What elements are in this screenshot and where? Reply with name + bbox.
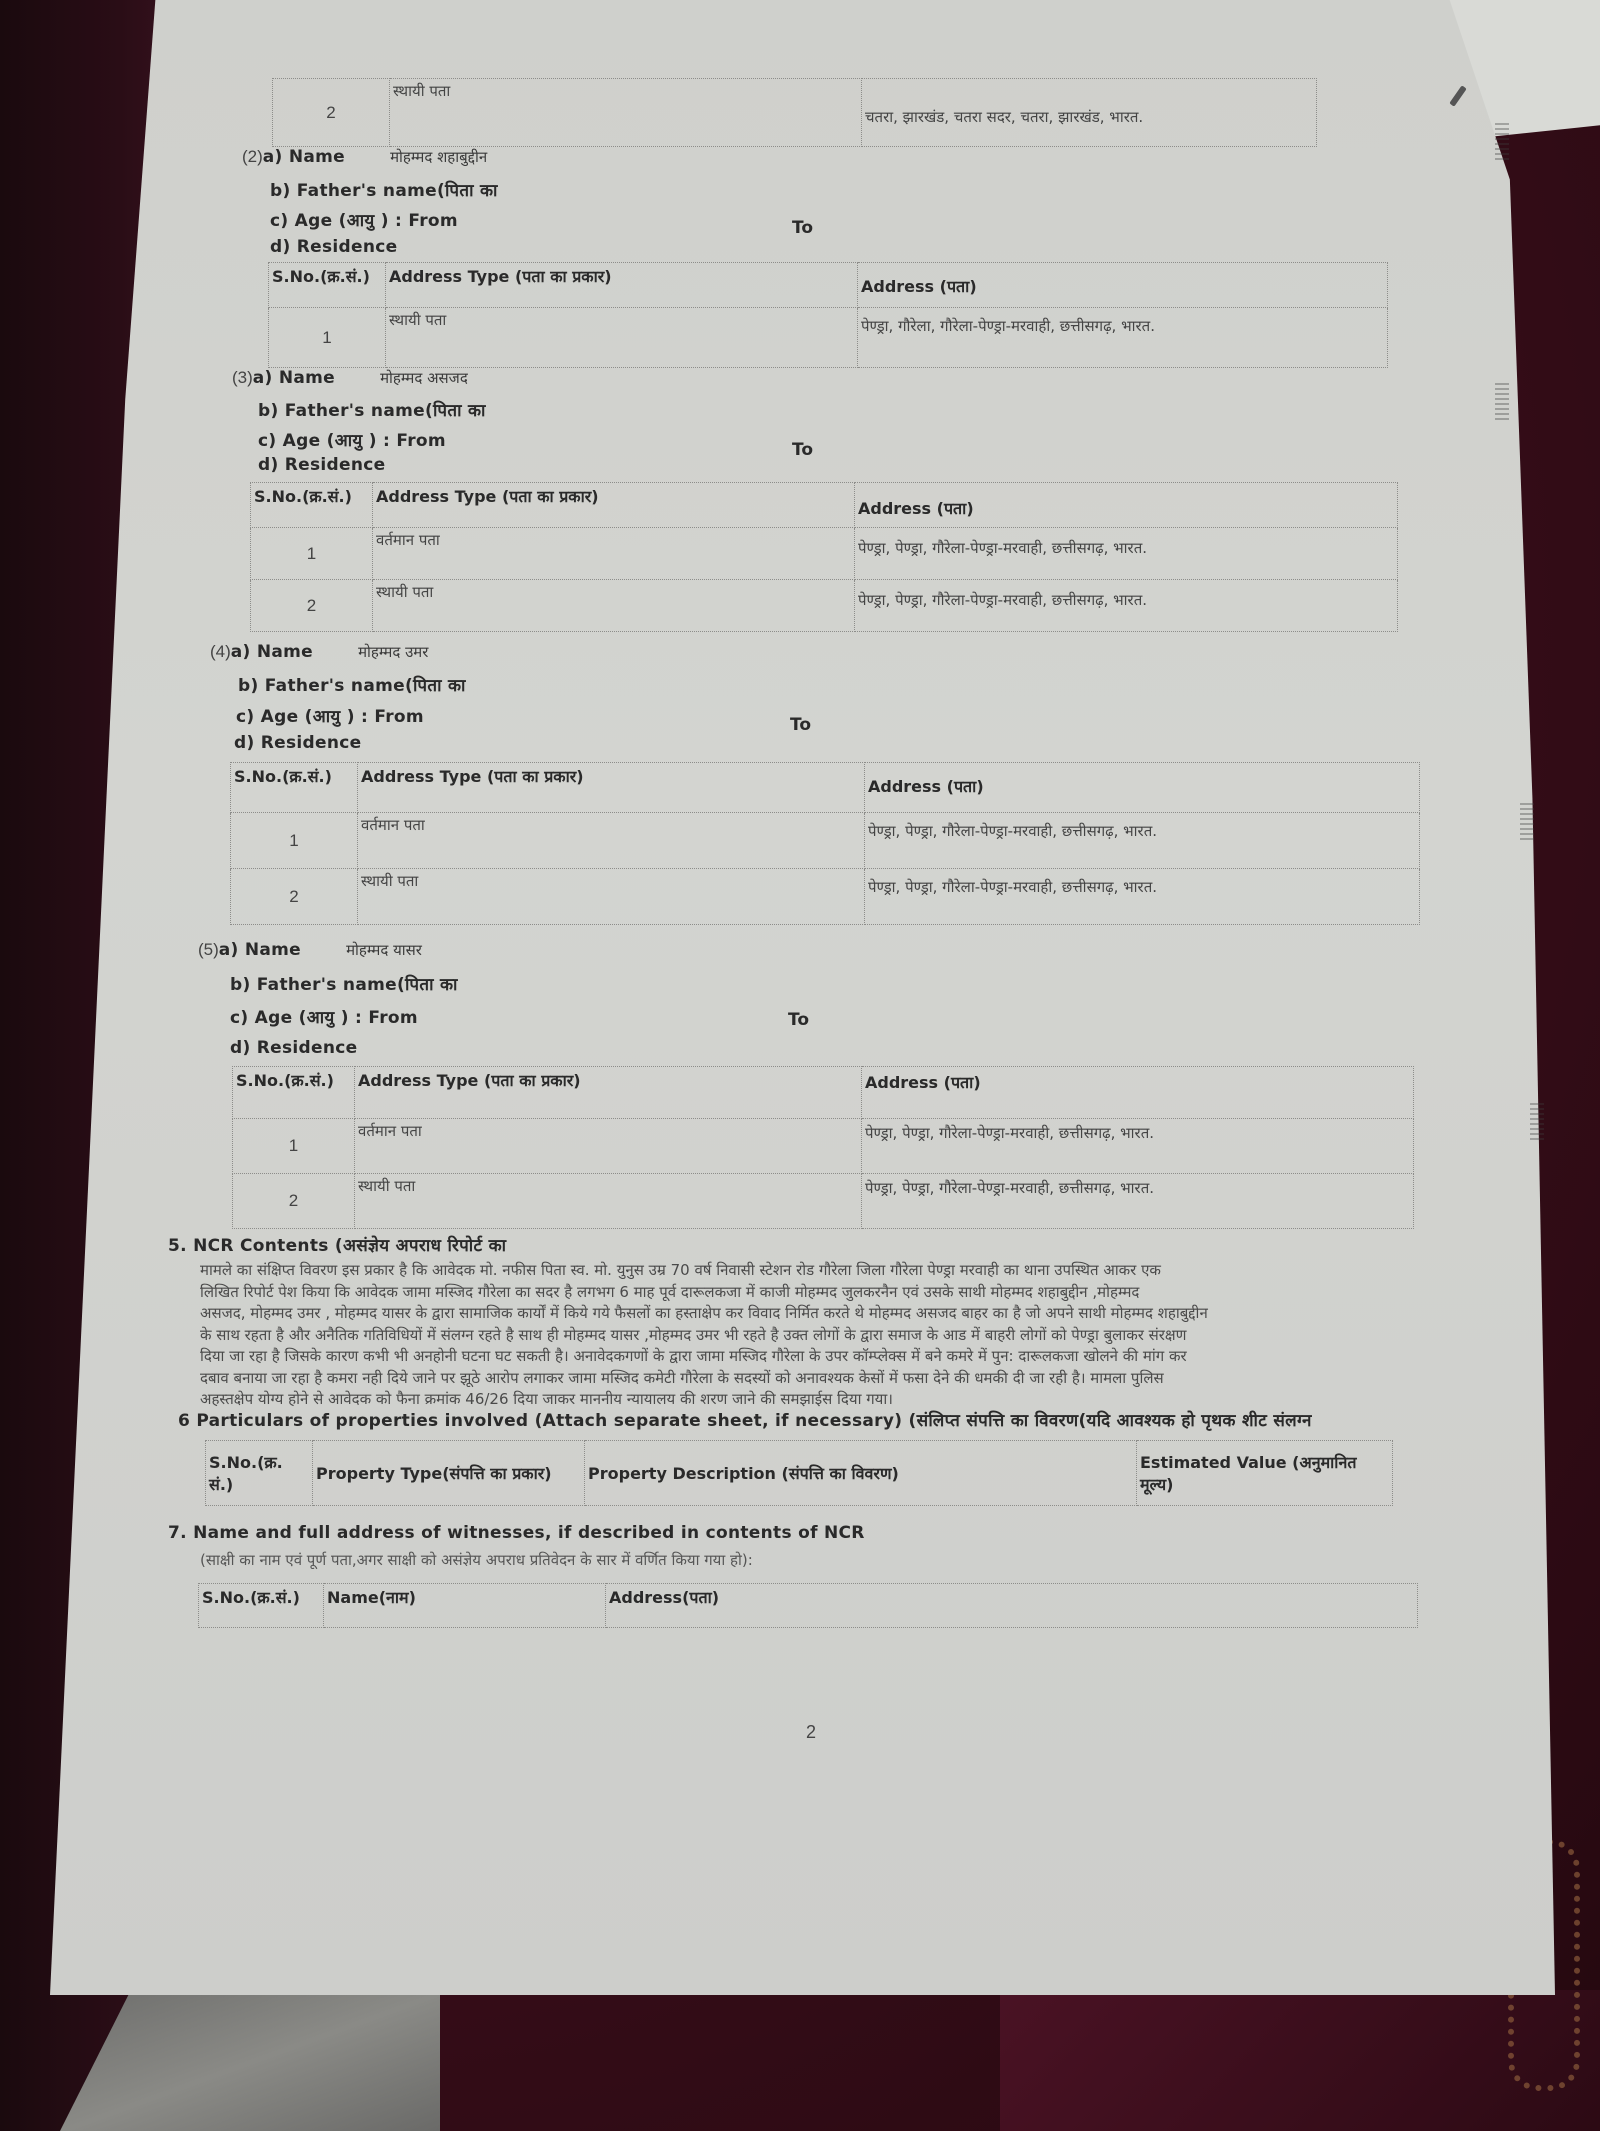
sno-cell: 2 (231, 869, 358, 925)
col-type-header: Address Type (पता का प्रकार) (373, 483, 855, 528)
address-type-cell: वर्तमान पता (358, 813, 865, 869)
sno-cell: 1 (231, 813, 358, 869)
address-type-cell: स्थायी पता (390, 79, 862, 147)
col-property-type-header: Property Type(संपत्ति का प्रकार) (313, 1441, 585, 1506)
address-type-cell: स्थायी पता (373, 580, 855, 632)
address-type-cell: स्थायी पता (386, 308, 858, 368)
col-address-header: Address (पता) (858, 263, 1388, 308)
residence-label: d) Residence (234, 733, 361, 753)
table-header-row: S.No.(क्र.सं.) Address Type (पता का प्रक… (233, 1067, 1414, 1119)
col-estimated-value-header: Estimated Value (अनुमानित मूल्य) (1137, 1441, 1393, 1506)
address-cell: पेण्ड्रा, पेण्ड्रा, गौरेला-पेण्ड्रा-मरवा… (855, 580, 1398, 632)
ncr-contents-paragraph: मामले का संक्षिप्त विवरण इस प्रकार है कि… (200, 1260, 1420, 1411)
address-type-cell: वर्तमान पता (373, 528, 855, 580)
address-table-person-5: S.No.(क्र.सं.) Address Type (पता का प्रक… (232, 1066, 1414, 1229)
address-cell: पेण्ड्रा, पेण्ड्रा, गौरेला-पेण्ड्रा-मरवा… (865, 813, 1420, 869)
witnesses-heading: 7. Name and full address of witnesses, i… (168, 1523, 865, 1543)
person-name: मोहम्मद यासर (346, 941, 422, 959)
page-number: 2 (806, 1722, 816, 1743)
father-name-label: b) Father's name(पिता का (258, 398, 486, 421)
age-to-label: To (792, 218, 813, 238)
col-property-description-header: Property Description (संपत्ति का विवरण) (585, 1441, 1137, 1506)
address-table-person-4: S.No.(क्र.सं.) Address Type (पता का प्रक… (230, 762, 1420, 925)
table-header-row: S.No.(क्र.सं.) Address Type (पता का प्रक… (269, 263, 1388, 308)
residence-label: d) Residence (230, 1038, 357, 1058)
witnesses-table: S.No.(क्र.सं.) Name(नाम) Address(पता) (198, 1583, 1418, 1628)
person-index: (4) (210, 642, 231, 661)
ncr-line: मामले का संक्षिप्त विवरण इस प्रकार है कि… (200, 1260, 1420, 1282)
address-cell: चतरा, झारखंड, चतरा सदर, चतरा, झारखंड, भा… (862, 79, 1317, 147)
person-4-name-row: (4)a) Name मोहम्मद उमर (210, 642, 428, 662)
ncr-line: असजद, मोहम्मद उमर , मोहम्मद यासर के द्वा… (200, 1303, 1420, 1325)
col-sno-header: S.No.(क्र. सं.) (206, 1441, 313, 1506)
person-name: मोहम्मद उमर (358, 643, 428, 661)
table-row: 1 वर्तमान पता पेण्ड्रा, पेण्ड्रा, गौरेला… (251, 528, 1398, 580)
address-type-cell: स्थायी पता (358, 869, 865, 925)
address-table-continued: 2 स्थायी पता चतरा, झारखंड, चतरा सदर, चतर… (272, 78, 1317, 147)
col-address-header: Address (पता) (862, 1067, 1414, 1119)
col-type-header: Address Type (पता का प्रकार) (358, 763, 865, 813)
table-row: 2 स्थायी पता पेण्ड्रा, पेण्ड्रा, गौरेला-… (251, 580, 1398, 632)
address-cell: पेण्ड्रा, पेण्ड्रा, गौरेला-पेण्ड्रा-मरवा… (855, 528, 1398, 580)
col-address-header: Address(पता) (606, 1584, 1418, 1628)
person-3-name-row: (3)a) Name मोहम्मद असजद (232, 368, 468, 388)
ncr-line: दबाव बनाया जा रहा है कमरा नही दिये जाने … (200, 1368, 1420, 1390)
address-type-cell: स्थायी पता (355, 1174, 862, 1229)
address-cell: पेण्ड्रा, गौरेला, गौरेला-पेण्ड्रा-मरवाही… (858, 308, 1388, 368)
sno-cell: 1 (233, 1119, 355, 1174)
table-row: 1 स्थायी पता पेण्ड्रा, गौरेला, गौरेला-पे… (269, 308, 1388, 368)
age-label: c) Age (आयु ) : From (258, 428, 446, 451)
father-name-label: b) Father's name(पिता का (230, 972, 458, 995)
sno-cell: 1 (251, 528, 373, 580)
age-to-label: To (792, 440, 813, 460)
properties-heading: 6 Particulars of properties involved (At… (178, 1408, 1388, 1431)
table-header-row: S.No.(क्र.सं.) Address Type (पता का प्रक… (251, 483, 1398, 528)
person-index: (5) (198, 940, 219, 959)
ncr-contents-heading: 5. NCR Contents (असंज्ञेय अपराध रिपोर्ट … (168, 1233, 506, 1256)
name-label: a) Name (219, 940, 301, 960)
table-row: 1 वर्तमान पता पेण्ड्रा, पेण्ड्रा, गौरेला… (231, 813, 1420, 869)
address-cell: पेण्ड्रा, पेण्ड्रा, गौरेला-पेण्ड्रा-मरवा… (862, 1174, 1414, 1229)
person-name: मोहम्मद असजद (380, 369, 468, 387)
person-index: (2) (242, 147, 263, 166)
col-sno-header: S.No.(क्र.सं.) (233, 1067, 355, 1119)
residence-label: d) Residence (270, 237, 397, 257)
table-row: 2 स्थायी पता चतरा, झारखंड, चतरा सदर, चतर… (273, 79, 1317, 147)
age-label: c) Age (आयु ) : From (270, 208, 458, 231)
sno-cell: 2 (251, 580, 373, 632)
col-sno-header: S.No.(क्र.सं.) (199, 1584, 324, 1628)
age-label: c) Age (आयु ) : From (236, 704, 424, 727)
witnesses-subheading: (साक्षी का नाम एवं पूर्ण पता,अगर साक्षी … (200, 1550, 753, 1570)
address-cell: पेण्ड्रा, पेण्ड्रा, गौरेला-पेण्ड्रा-मरवा… (862, 1119, 1414, 1174)
address-type-cell: वर्तमान पता (355, 1119, 862, 1174)
table-header-row: S.No.(क्र.सं.) Address Type (पता का प्रक… (231, 763, 1420, 813)
col-address-header: Address (पता) (865, 763, 1420, 813)
person-2-name-row: (2)a) Name मोहम्मद शहाबुद्दीन (242, 147, 487, 167)
table-header-row: S.No.(क्र. सं.) Property Type(संपत्ति का… (206, 1441, 1393, 1506)
address-table-person-2: S.No.(क्र.सं.) Address Type (पता का प्रक… (268, 262, 1388, 368)
table-row: 1 वर्तमान पता पेण्ड्रा, पेण्ड्रा, गौरेला… (233, 1119, 1414, 1174)
address-cell: पेण्ड्रा, पेण्ड्रा, गौरेला-पेण्ड्रा-मरवा… (865, 869, 1420, 925)
age-to-label: To (788, 1010, 809, 1030)
name-label: a) Name (253, 368, 335, 388)
sno-cell: 2 (233, 1174, 355, 1229)
col-type-header: Address Type (पता का प्रकार) (355, 1067, 862, 1119)
sno-cell: 1 (269, 308, 386, 368)
col-sno-header: S.No.(क्र.सं.) (231, 763, 358, 813)
father-name-label: b) Father's name(पिता का (238, 673, 466, 696)
table-row: 2 स्थायी पता पेण्ड्रा, पेण्ड्रा, गौरेला-… (233, 1174, 1414, 1229)
name-label: a) Name (231, 642, 313, 662)
col-type-header: Address Type (पता का प्रकार) (386, 263, 858, 308)
col-name-header: Name(नाम) (324, 1584, 606, 1628)
document-content: 2 स्थायी पता चतरा, झारखंड, चतरा सदर, चतर… (0, 0, 1600, 2131)
residence-label: d) Residence (258, 455, 385, 475)
sno-cell: 2 (273, 79, 390, 147)
name-label: a) Name (263, 147, 345, 167)
address-table-person-3: S.No.(क्र.सं.) Address Type (पता का प्रक… (250, 482, 1398, 632)
table-row: 2 स्थायी पता पेण्ड्रा, पेण्ड्रा, गौरेला-… (231, 869, 1420, 925)
col-sno-header: S.No.(क्र.सं.) (269, 263, 386, 308)
father-name-label: b) Father's name(पिता का (270, 178, 498, 201)
ncr-line: दिया जा रहा है जिसके कारण कभी भी अनहोनी … (200, 1346, 1420, 1368)
age-to-label: To (790, 715, 811, 735)
ncr-line: लिखित रिपोर्ट पेश किया कि आवेदक जामा मस्… (200, 1282, 1420, 1304)
person-index: (3) (232, 368, 253, 387)
ncr-line: के साथ रहता है और अनैतिक गतिविधियों में … (200, 1325, 1420, 1347)
table-header-row: S.No.(क्र.सं.) Name(नाम) Address(पता) (199, 1584, 1418, 1628)
person-name: मोहम्मद शहाबुद्दीन (390, 148, 487, 166)
person-5-name-row: (5)a) Name मोहम्मद यासर (198, 940, 422, 960)
col-address-header: Address (पता) (855, 483, 1398, 528)
col-sno-header: S.No.(क्र.सं.) (251, 483, 373, 528)
properties-table: S.No.(क्र. सं.) Property Type(संपत्ति का… (205, 1440, 1393, 1506)
age-label: c) Age (आयु ) : From (230, 1005, 418, 1028)
